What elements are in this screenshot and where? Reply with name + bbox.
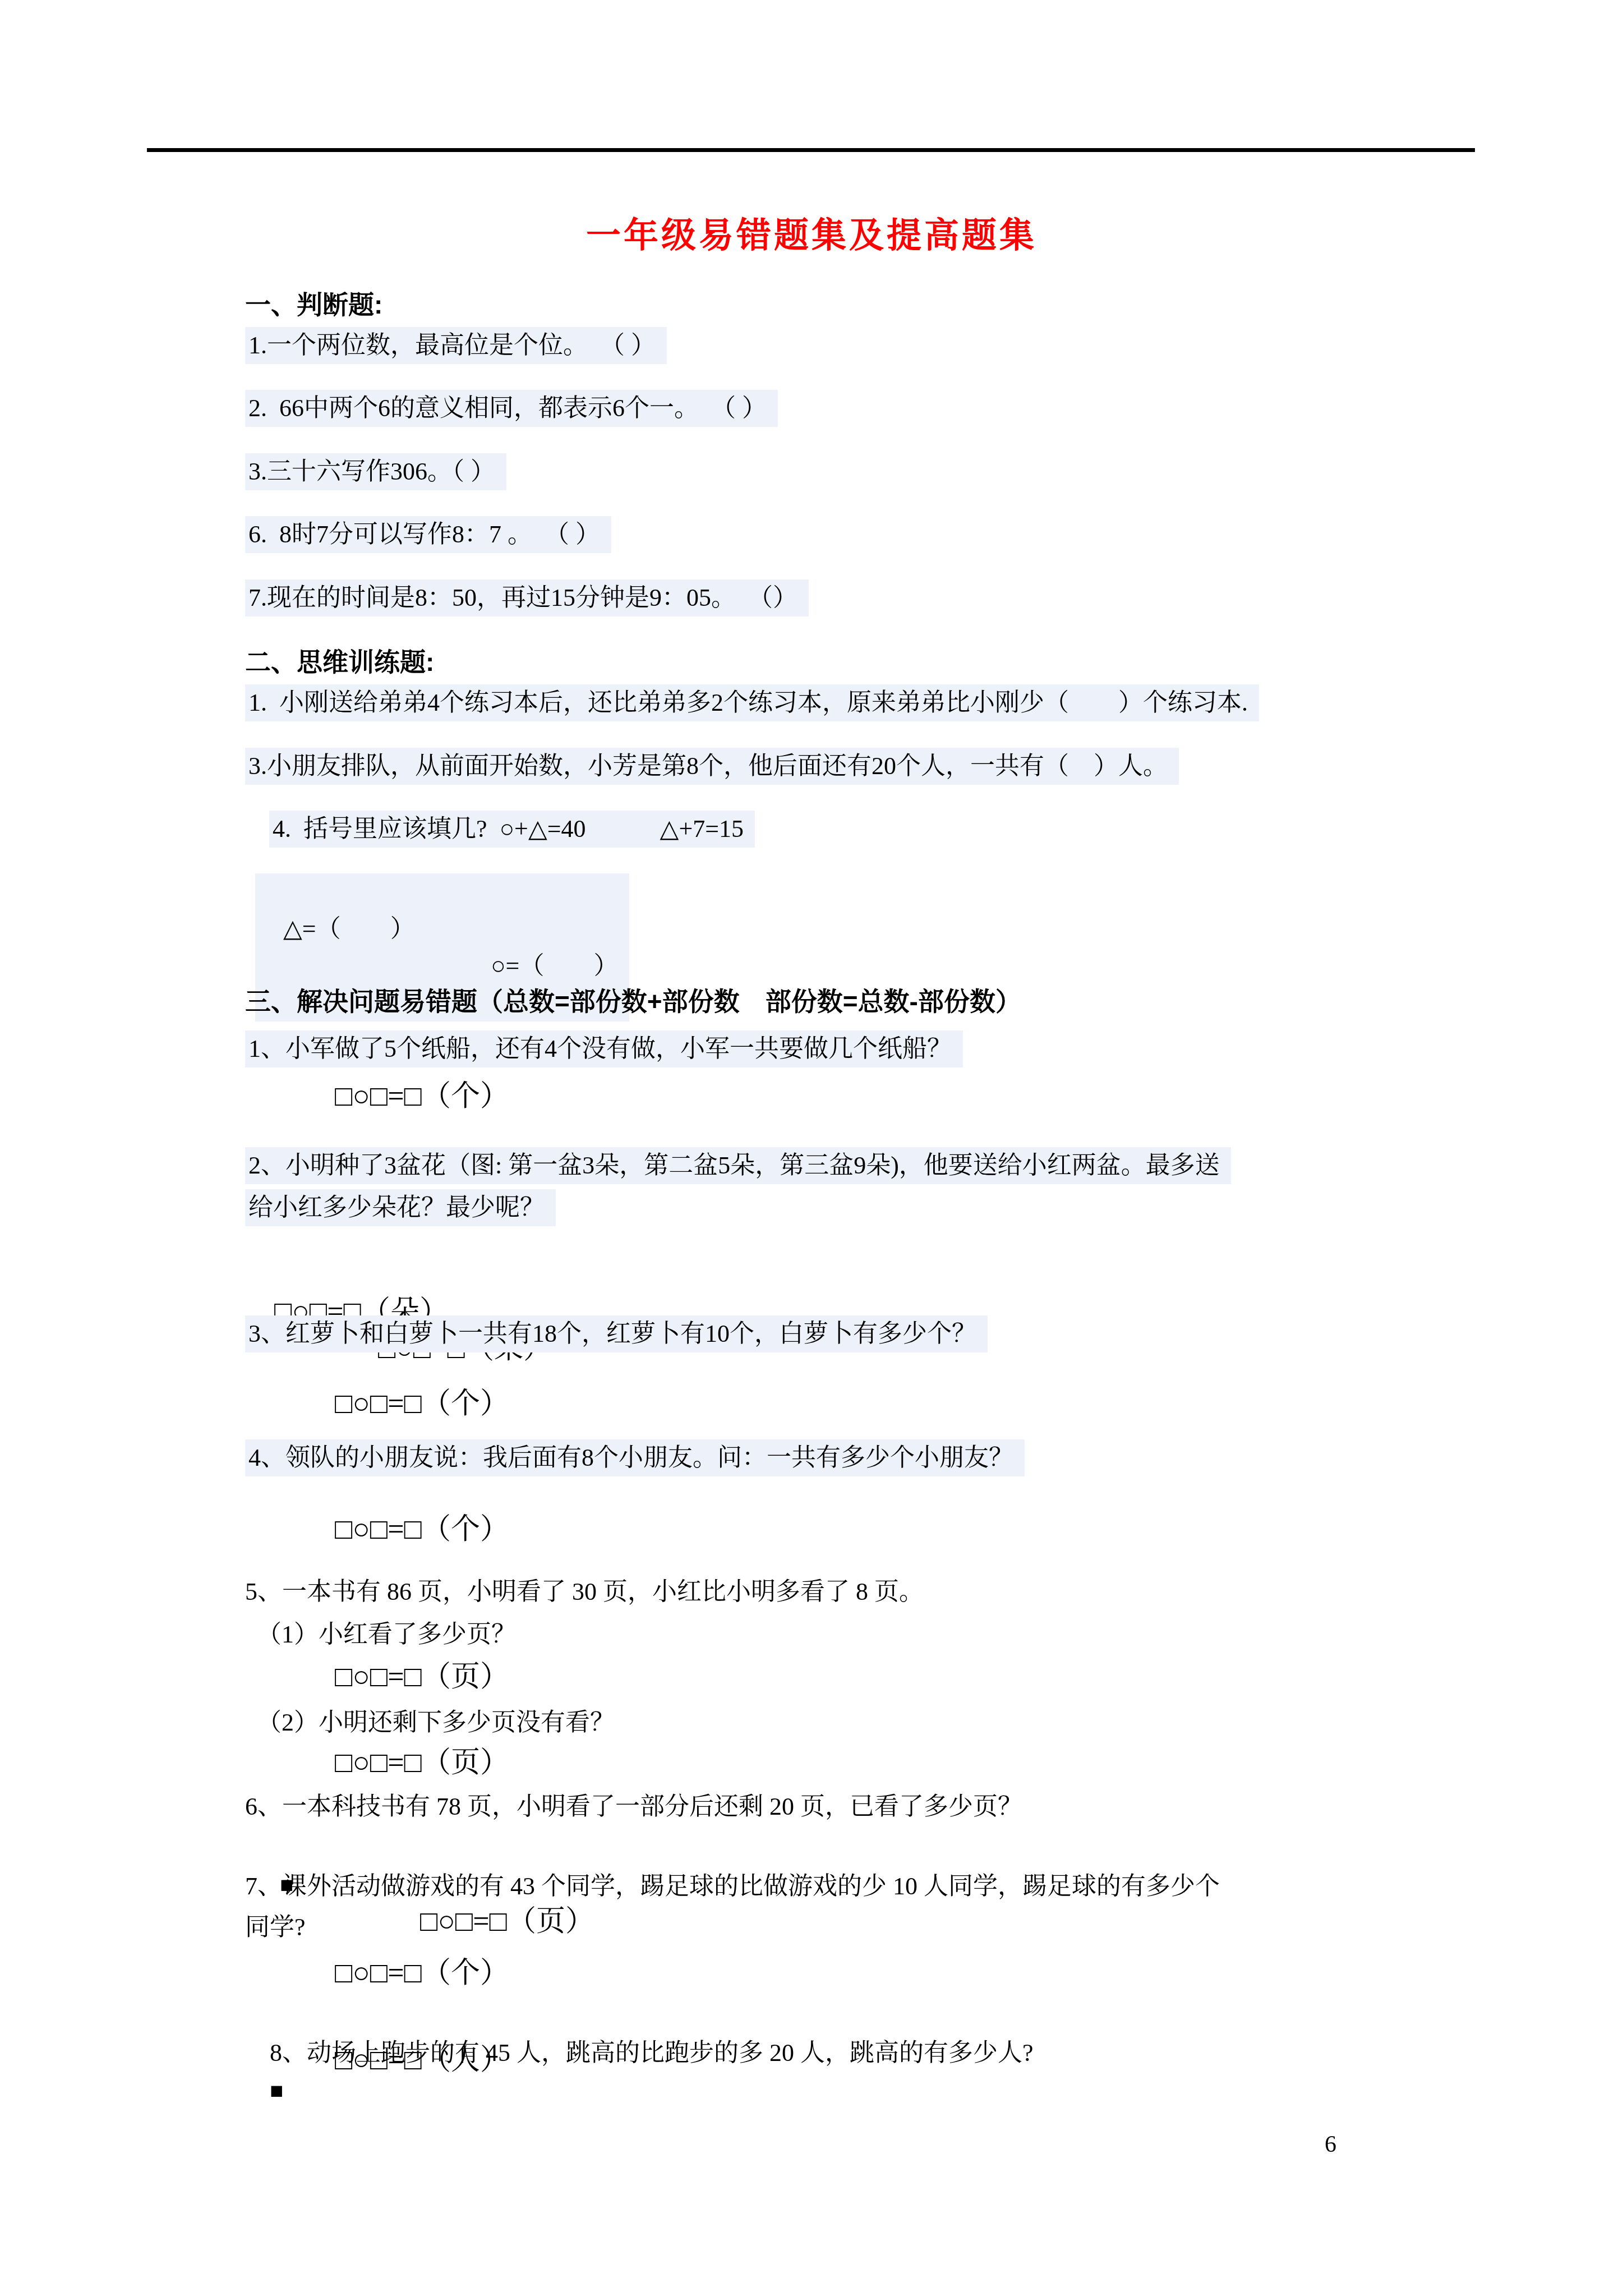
s3-question-2-line1: 2、小明种了3盆花（图: 第一盆3朵，第二盆5朵，第三盆9朵)，他要送给小红两盆…	[245, 1147, 1231, 1184]
page-title: 一年级易错题集及提高题集	[0, 217, 1623, 256]
s3-question-1: 1、小军做了5个纸船，还有4个没有做，小军一共要做几个纸船？	[245, 1030, 963, 1068]
s3-formula-3: □○□=□（个）	[335, 1386, 509, 1423]
s3-question-4: 4、领队的小朋友说：我后面有8个小朋友。问：一共有多少个小朋友？	[245, 1439, 1025, 1476]
s3-formula-8: □○□=□（人）	[335, 2042, 509, 2079]
s3-formula-1: □○□=□（个）	[335, 1078, 509, 1115]
s3-formula-6: □○□=□（页）	[420, 1906, 594, 1938]
s2-question-4: 4. 括号里应该填几? ○+△=40 △+7=15	[269, 811, 755, 848]
s3-question-7-line2: 同学?	[245, 1909, 306, 1946]
section2-heading: 二、思维训练题:	[245, 645, 434, 679]
section3-heading: 三、解决问题易错题（总数=部份数+部份数 部份数=总数-部份数）	[245, 984, 1021, 1018]
section1-heading: 一、判断题:	[245, 288, 382, 321]
s3-formula-5-1: □○□=□（页）	[335, 1659, 509, 1696]
s1-question-3: 3.三十六写作306。（ ）	[245, 453, 506, 490]
s1-question-1: 1.一个两位数，最高位是个位。 （ ）	[245, 327, 667, 364]
s1-question-6: 6. 8时7分可以写作8：7 。 （ ）	[245, 516, 611, 553]
s2-answer-circle: ○=（ ）	[491, 952, 618, 979]
s3-question-5: 5、一本书有 86 页，小明看了 30 页，小红比小明多看了 8 页。	[245, 1573, 924, 1611]
s1-question-7: 7.现在的时间是8：50，再过15分钟是9：05。 （）	[245, 579, 809, 616]
page-number: 6	[1325, 2131, 1336, 2159]
s3-question-5-sub2: （2）小明还剩下多少页没有看？	[257, 1704, 615, 1741]
s2-question-3: 3.小朋友排队，从前面开始数，小芳是第8个，他后面还有20个人，一共有（ ）人。	[245, 748, 1179, 785]
worksheet-page: 一年级易错题集及提高题集 一、判断题: 1.一个两位数，最高位是个位。 （ ） …	[0, 0, 1623, 2296]
s3-question-7-line1: 7、课外活动做游戏的有 43 个同学，踢足球的比做游戏的少 10 人同学，踢足球…	[245, 1868, 1220, 1905]
s3-question-2-line2: 给小红多少朵花？最少呢？	[245, 1189, 556, 1226]
top-rule	[147, 148, 1475, 152]
s1-question-2: 2. 66中两个6的意义相同，都表示6个一。 （ ）	[245, 390, 778, 427]
s3-question-3: 3、红萝卜和白萝卜一共有18个，红萝卜有10个，白萝卜有多少个？	[245, 1315, 988, 1352]
s3-question-5-sub1: （1）小红看了多少页？	[257, 1616, 516, 1653]
s3-question-6: 6、一本科技书有 78 页，小明看了一部分后还剩 20 页，已看了多少页？	[245, 1788, 1022, 1825]
s3-formula-7: □○□=□（个）	[335, 1955, 509, 1992]
black-square-marker: ■	[270, 2078, 283, 2103]
s3-formula-5-2: □○□=□（页）	[335, 1745, 509, 1782]
s2-question-1: 1. 小刚送给弟弟4个练习本后，还比弟弟多2个练习本，原来弟弟比小刚少（ ）个练…	[245, 684, 1259, 721]
s3-formula-4: □○□=□（个）	[335, 1511, 509, 1548]
s2-answer-triangle: △=（ ）	[283, 915, 415, 942]
